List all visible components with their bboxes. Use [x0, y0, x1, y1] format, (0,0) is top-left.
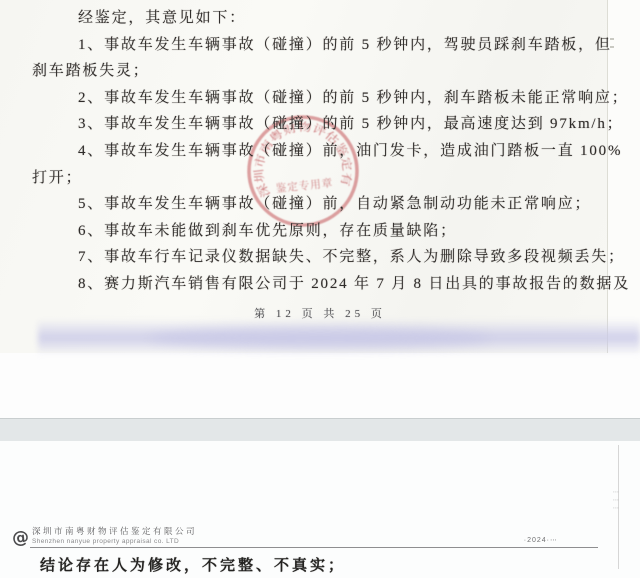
doc-line-item5: 5、事故车发生车辆事故（碰撞）前，自动紧急制动功能未正常响应；: [32, 191, 604, 218]
doc-line-item4: 4、事故车发生车辆事故（碰撞）前，油门发卡，造成油门踏板一直 100%: [32, 138, 604, 165]
doc-line-item8: 8、赛力斯汽车销售有限公司于 2024 年 7 月 8 日出具的事故报告的数据及: [32, 271, 604, 298]
company-name-cn: 深圳市南粤财物评估鉴定有限公司: [32, 527, 197, 536]
letterhead-rule: [30, 547, 598, 548]
company-name-en: Shenzhen nanyue property appraisal co. L…: [32, 538, 197, 546]
report-ref-number: ·2024·⋯: [524, 536, 558, 544]
company-letterhead: @ 深圳市南粤财物评估鉴定有限公司 Shenzhen nanyue proper…: [0, 527, 640, 551]
doc-line-item3: 3、事故车发生车辆事故（碰撞）的前 5 秒钟内，最高速度达到 97km/h；: [32, 111, 604, 138]
company-logo-icon: @: [11, 528, 31, 548]
section-divider-bar: [0, 418, 640, 441]
doc-line-item4b: 打开；: [32, 165, 604, 192]
appraisal-opinion-text: 经鉴定，其意见如下： 1、事故车发生车辆事故（碰撞）的前 5 秒钟内，驾驶员踩刹…: [0, 0, 640, 298]
doc-line-item1b: 刹车踏板失灵；: [32, 58, 604, 85]
report-page-scan: 深圳市南粤财物评估鉴定有限公司 鉴定专用章 经鉴定，其意见如下： 1、事故车发生…: [0, 0, 640, 353]
screenshot-root: 深圳市南粤财物评估鉴定有限公司 鉴定专用章 经鉴定，其意见如下： 1、事故车发生…: [0, 0, 640, 578]
doc-line-item1: 1、事故车发生车辆事故（碰撞）的前 5 秒钟内，驾驶员踩刹车踏板，但: [32, 32, 604, 59]
scan-bottom-shadow-blob: [150, 328, 490, 348]
scan-edge-marks: ⋮⋮⋮: [612, 489, 619, 513]
doc-line-intro: 经鉴定，其意见如下：: [32, 5, 604, 32]
doc-line-item2: 2、事故车发生车辆事故（碰撞）的前 5 秒钟内，刹车踏板未能正常响应；: [32, 85, 604, 112]
company-names: 深圳市南粤财物评估鉴定有限公司 Shenzhen nanyue property…: [32, 527, 197, 546]
doc-line-item7: 7、事故车行车记录仪数据缺失、不完整，系人为删除导致多段视频丢失；: [32, 244, 604, 271]
conclusion-page-scan: @ 深圳市南粤财物评估鉴定有限公司 Shenzhen nanyue proper…: [0, 441, 640, 578]
doc-line-item6: 6、事故车未能做到刹车优先原则，存在质量缺陷；: [32, 218, 604, 245]
conclusion-text: 结论存在人为修改，不完整、不真实；: [40, 554, 346, 575]
